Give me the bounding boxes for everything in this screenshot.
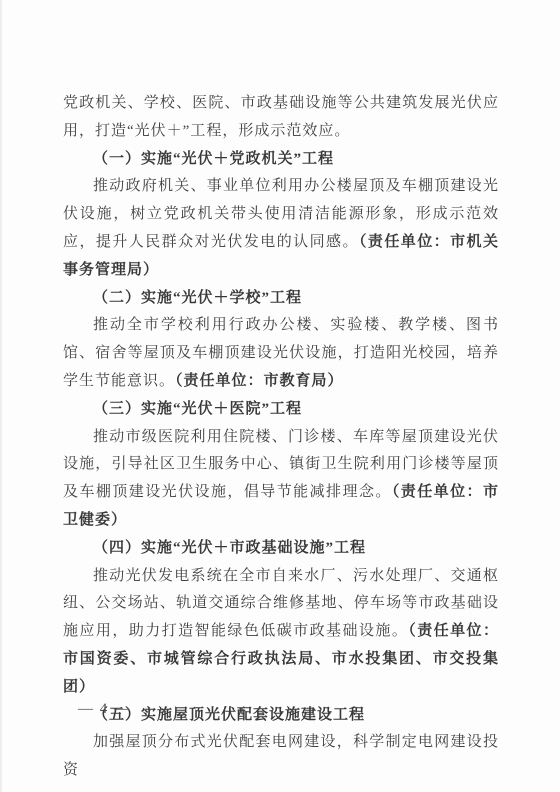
section-1-heading: （一）实施“光伏＋党政机关”工程 <box>63 146 499 174</box>
section-5-paragraph: 加强屋顶分布式光伏配套电网建设，科学制定电网建设投资 <box>63 729 499 785</box>
document-body: 党政机关、学校、医院、市政基础设施等公共建筑发展光伏应用，打造“光伏＋”工程，形… <box>63 90 499 785</box>
section-3-paragraph: 推动市级医院利用住院楼、门诊楼、车库等屋顶建设光伏设施，引导社区卫生服务中心、镇… <box>63 424 499 535</box>
scan-left-edge-shadow <box>0 0 3 792</box>
section-3-heading: （三）实施“光伏＋医院”工程 <box>63 396 499 424</box>
section-2-heading: （二）实施“光伏＋学校”工程 <box>63 285 499 313</box>
section-1-paragraph: 推动政府机关、事业单位利用办公楼屋顶及车棚顶建设光伏设施，树立党政机关带头使用清… <box>63 173 499 284</box>
continuation-paragraph: 党政机关、学校、医院、市政基础设施等公共建筑发展光伏应用，打造“光伏＋”工程，形… <box>63 90 499 146</box>
section-4-heading: （四）实施“光伏＋市政基础设施”工程 <box>63 535 499 563</box>
page-number: — 4 — <box>78 701 131 718</box>
section-2-responsibility-note: （责任单位：市教育局） <box>175 373 344 389</box>
section-5-body-text: 加强屋顶分布式光伏配套电网建设，科学制定电网建设投资 <box>63 734 499 778</box>
section-2-paragraph: 推动全市学校利用行政办公楼、实验楼、教学楼、图书馆、宿舍等屋顶及车棚顶建设光伏设… <box>63 312 499 395</box>
section-4-paragraph: 推动光伏发电系统在全市自来水厂、污水处理厂、交通枢纽、公交场站、轨道交通综合维修… <box>63 563 499 702</box>
